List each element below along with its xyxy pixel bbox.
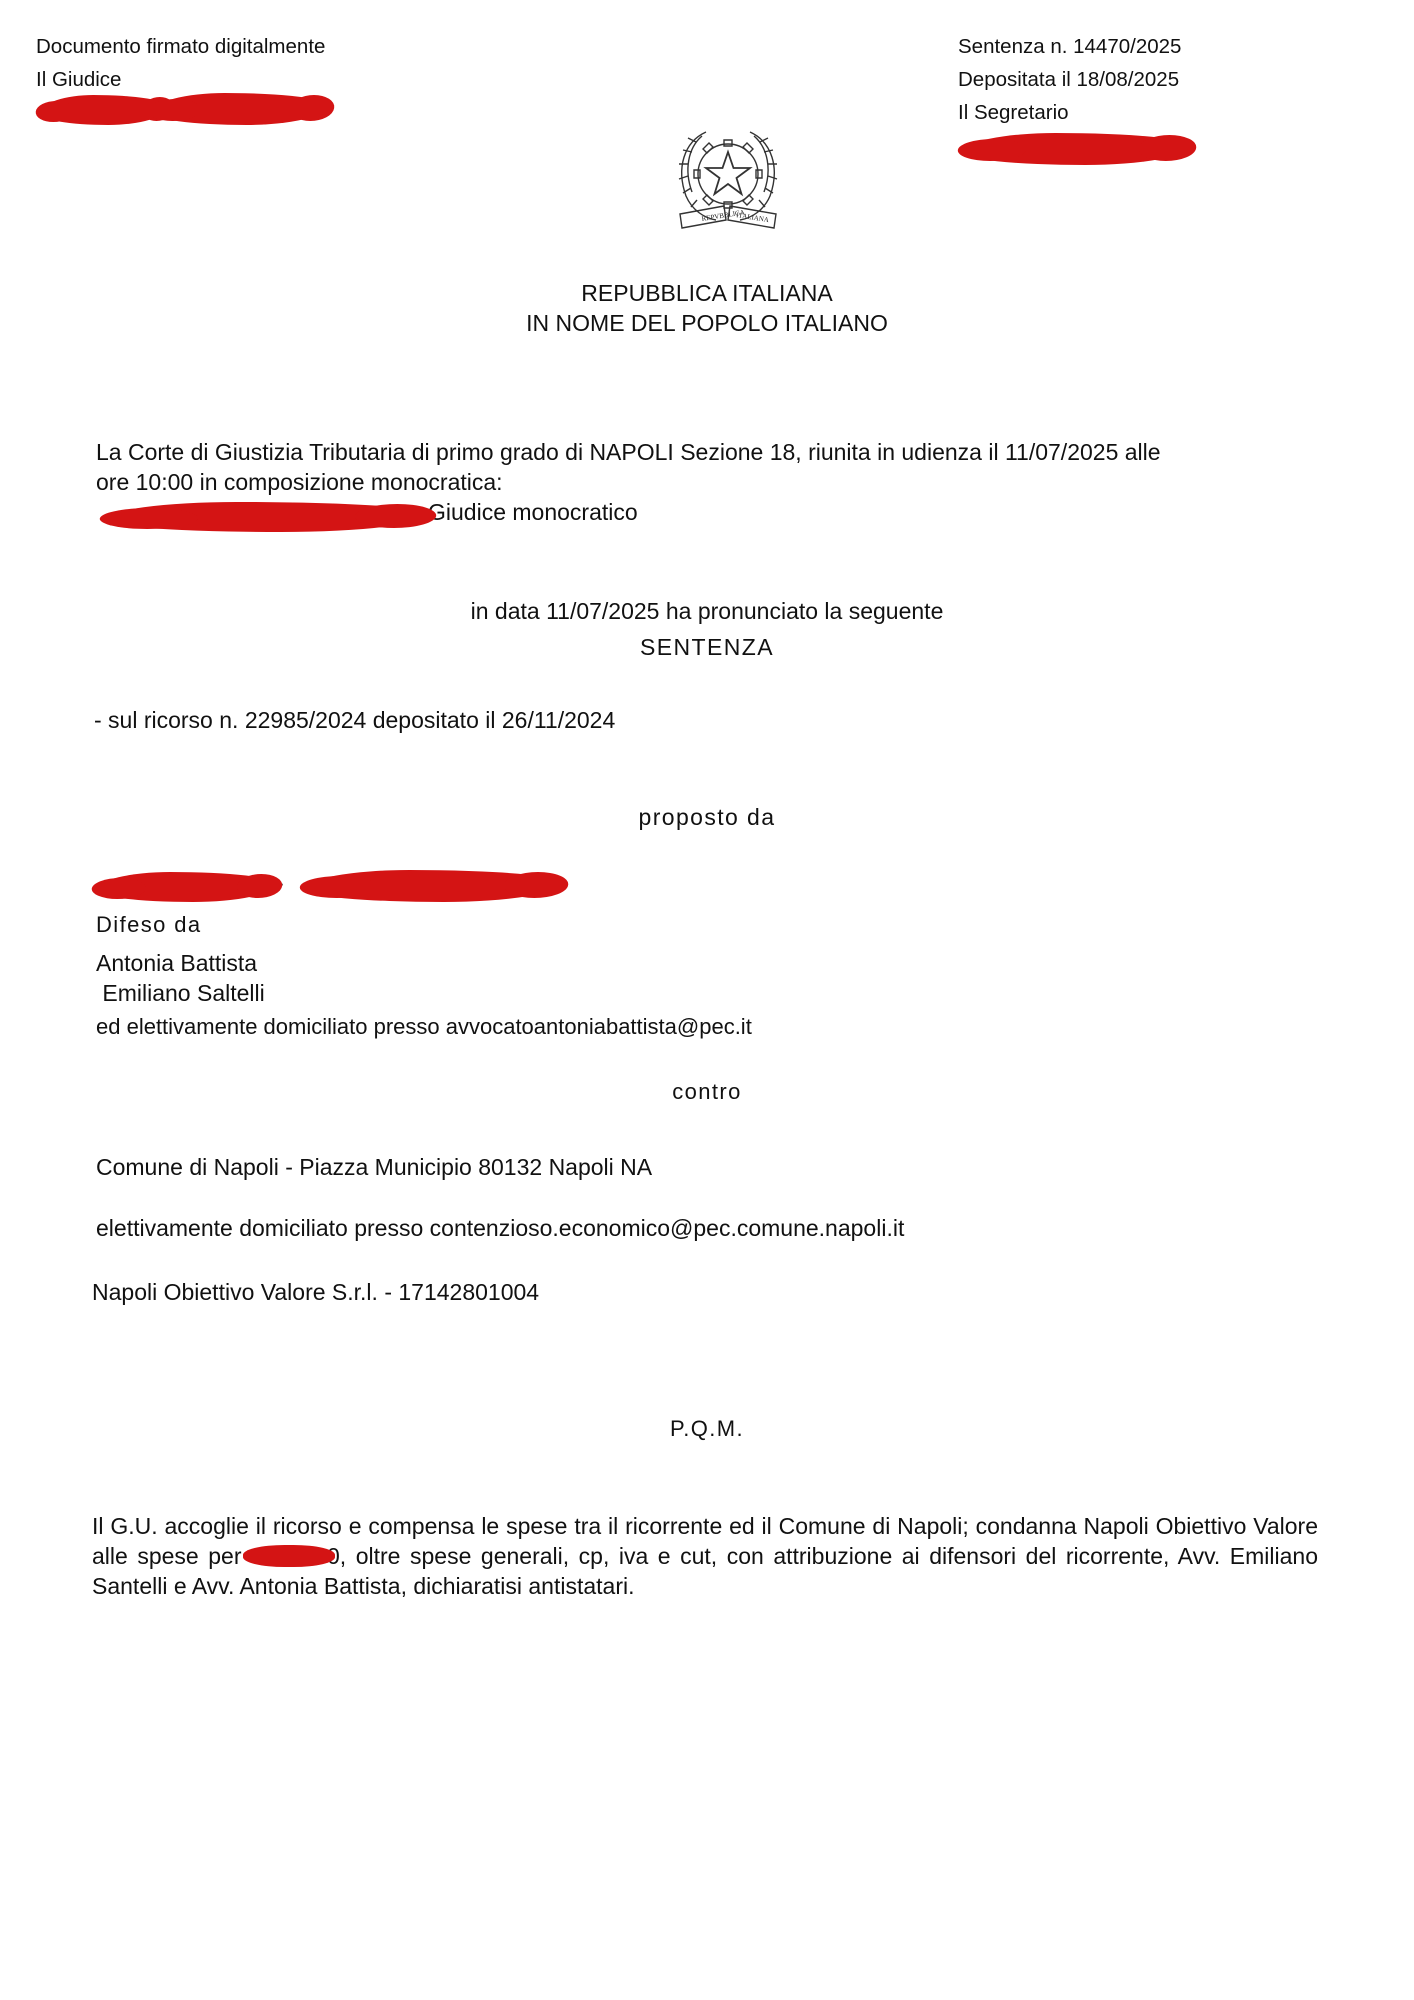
document-title: REPUBBLICA ITALIANA IN NOME DEL POPOLO I… [0,278,1414,338]
signature-note: Documento firmato digitalmente Il Giudic… [36,30,325,96]
redaction-judge-composition [102,502,432,532]
lawyer-1: Antonia Battista [96,948,265,978]
redaction-clerk-name [960,133,1192,165]
respondent-2: Napoli Obiettivo Valore S.r.l. - 1714280… [92,1277,539,1307]
sentence-heading: SENTENZA [0,632,1414,662]
appeal-line: - sul ricorso n. 22985/2024 depositato i… [94,705,615,735]
repubblica-italiana-emblem-icon: REPVBBLICA ITALIANA [666,118,790,234]
lawyer-list: Antonia Battista Emiliano Saltelli [96,948,265,1008]
judge-role: Giudice monocratico [428,497,638,527]
respondent-1: Comune di Napoli - Piazza Municipio 8013… [96,1152,652,1182]
redaction-appellant-id [302,870,564,902]
title-people: IN NOME DEL POPOLO ITALIANO [0,308,1414,338]
judge-label: Il Giudice [36,63,325,96]
judgment-number: Sentenza n. 14470/2025 [958,30,1181,63]
redaction-appellant-name [94,872,278,902]
lawyer-2: Emiliano Saltelli [96,978,265,1008]
defended-by-label: Difeso da [96,910,202,940]
pqm-ruling: Il G.U. accoglie il ricorso e compensa l… [92,1511,1318,1601]
court-intro: La Corte di Giustizia Tributaria di prim… [96,437,1161,497]
pronouncement-line: in data 11/07/2025 ha pronunciato la seg… [0,596,1414,626]
court-intro-line1: La Corte di Giustizia Tributaria di prim… [96,437,1161,467]
pqm-heading: P.Q.M. [0,1414,1414,1444]
redaction-judge-name-2 [150,93,330,125]
filing-date: Depositata il 18/08/2025 [958,63,1181,96]
judgment-meta: Sentenza n. 14470/2025 Depositata il 18/… [958,30,1181,129]
against-heading: contro [0,1077,1414,1107]
signed-digitally-label: Documento firmato digitalmente [36,30,325,63]
court-intro-line2: ore 10:00 in composizione monocratica: [96,467,1161,497]
title-republic: REPUBBLICA ITALIANA [0,278,1414,308]
redaction-amount [243,1545,335,1567]
respondent-1-domicile: elettivamente domiciliato presso contenz… [96,1213,904,1243]
clerk-label: Il Segretario [958,96,1181,129]
proposed-by-heading: proposto da [0,802,1414,832]
appellant-domicile: ed elettivamente domiciliato presso avvo… [96,1012,752,1042]
